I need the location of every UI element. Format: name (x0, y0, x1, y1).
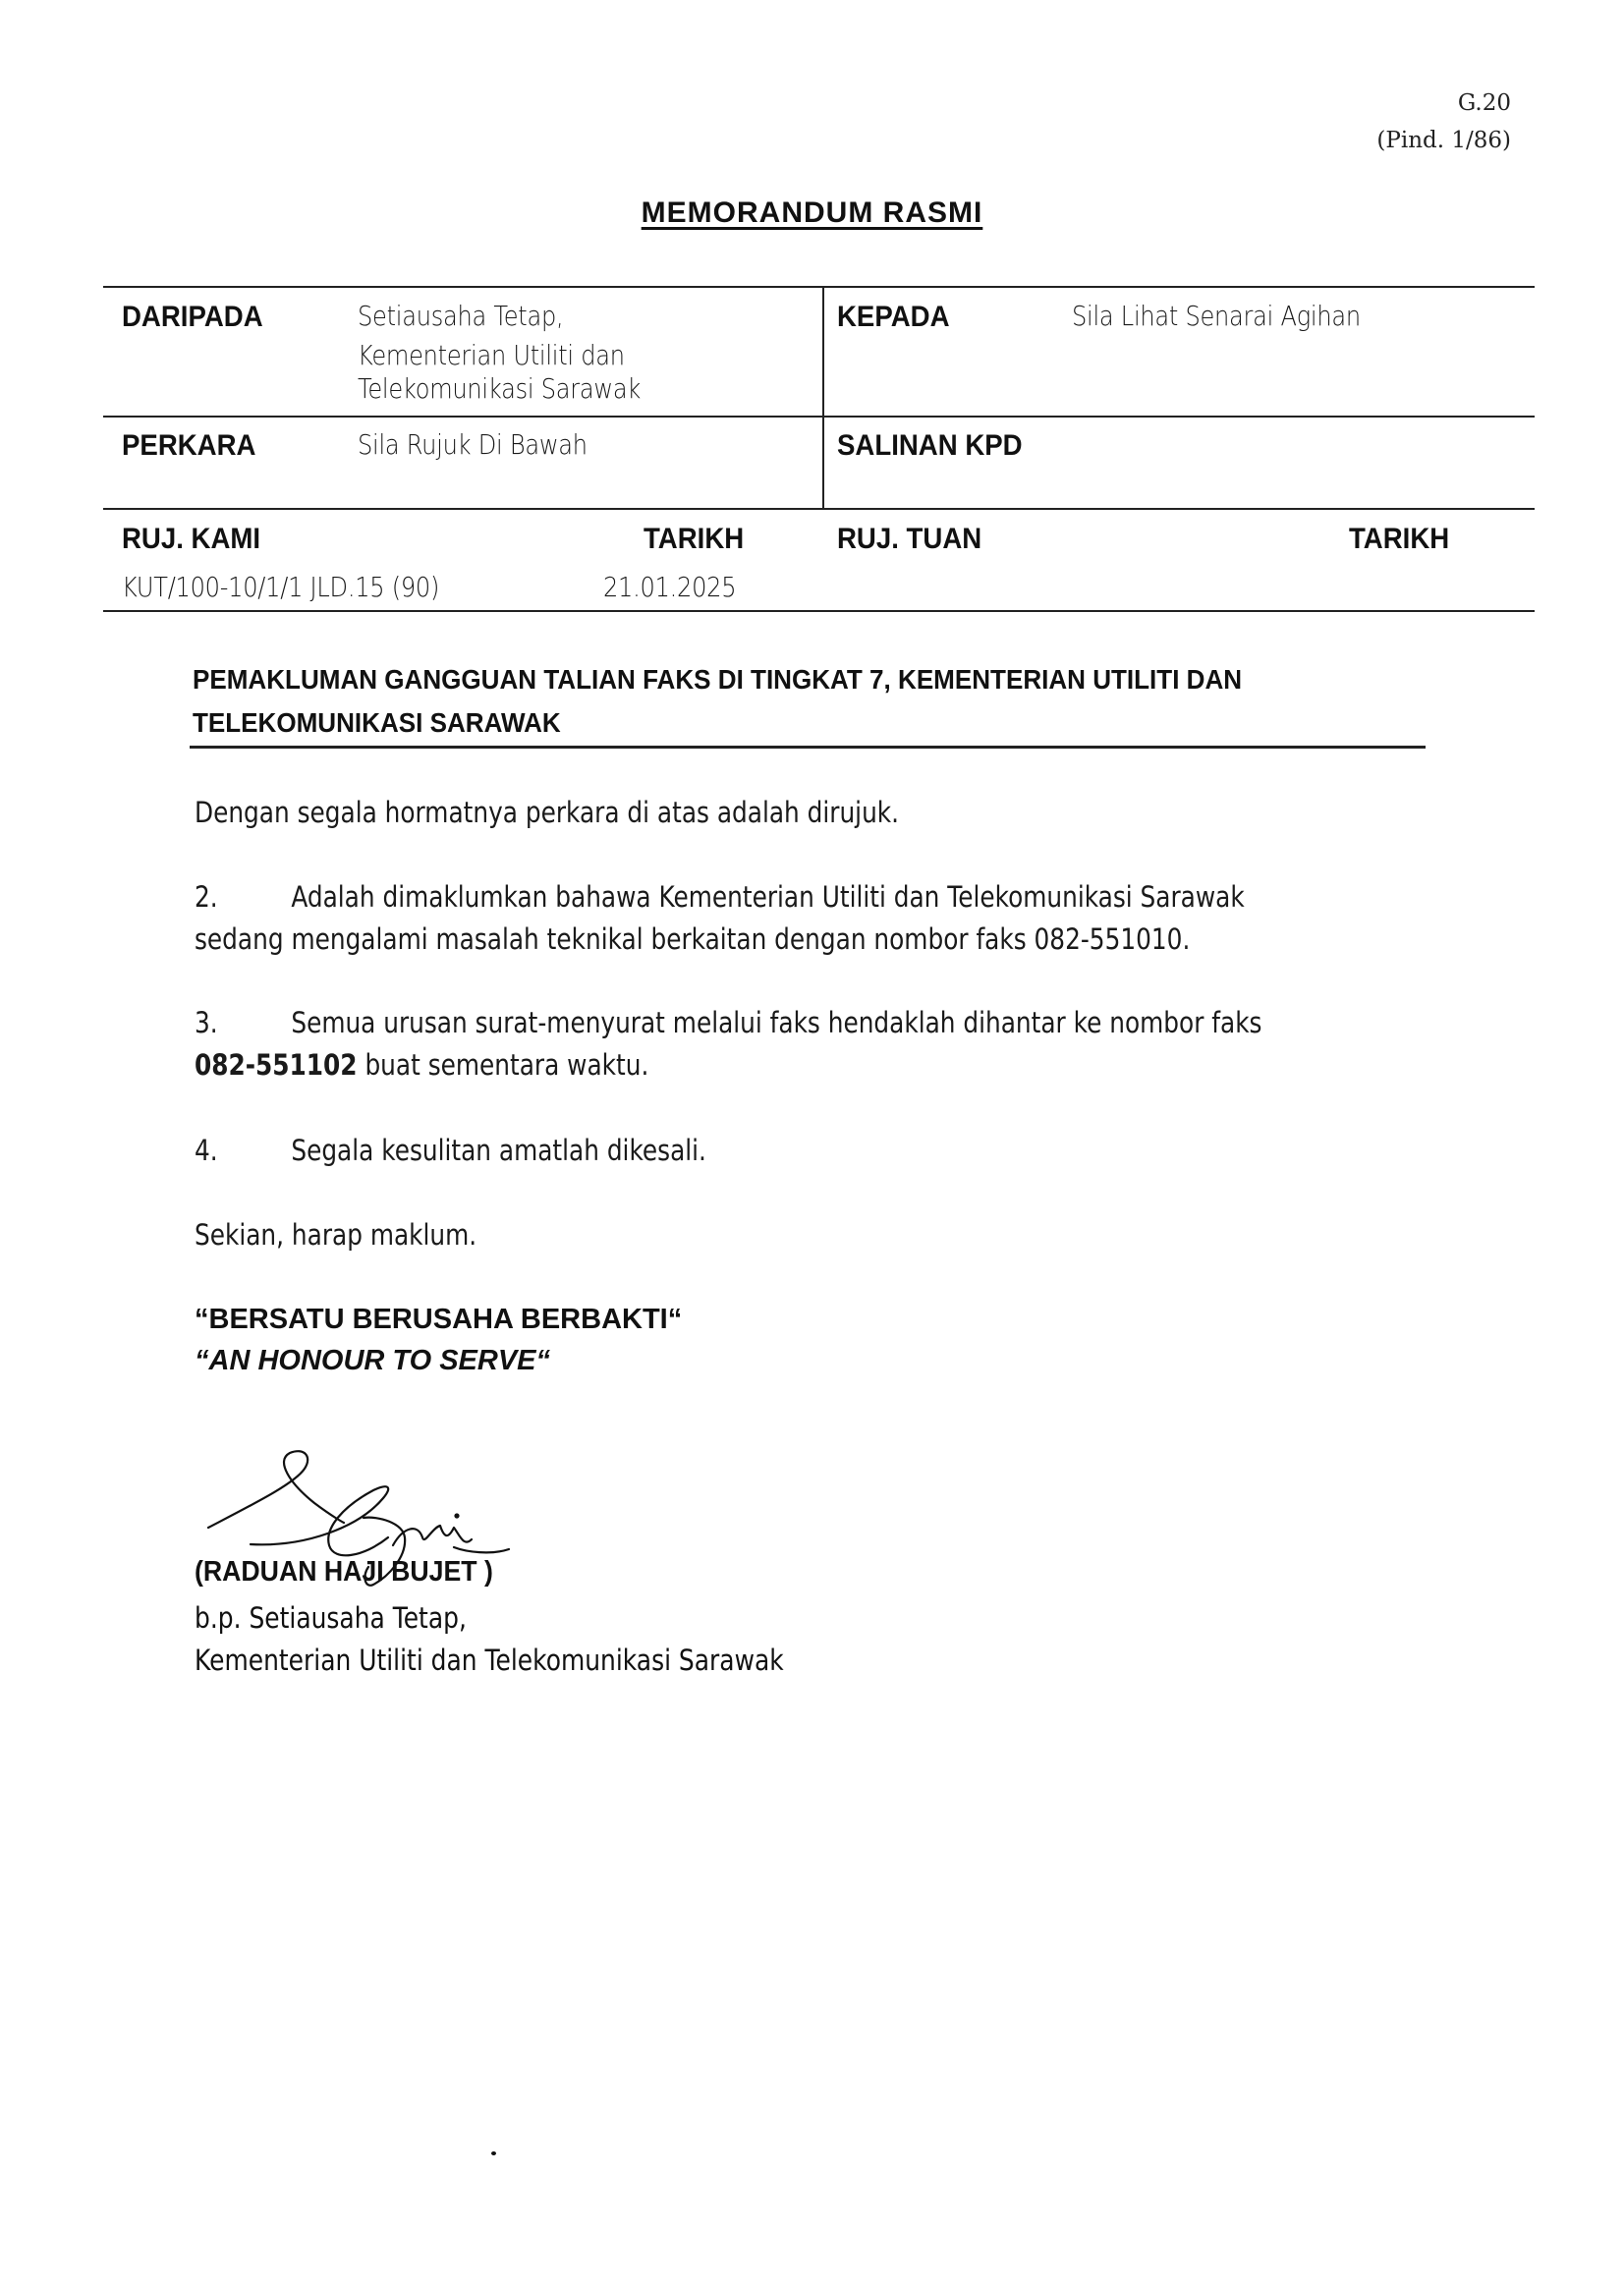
paragraph-number: 3. (195, 1002, 291, 1044)
tarikh-value-ours: 21.01.2025 (603, 568, 736, 607)
ruj-kami-label: RUJ. KAMI (122, 523, 260, 556)
table-top-border (103, 286, 1535, 288)
table-column-divider (822, 287, 824, 509)
signer-position: b.p. Setiausaha Tetap, (195, 1597, 784, 1640)
scan-speck (491, 2151, 496, 2155)
signer-name: (RADUAN HAJI BUJET ) (195, 1556, 493, 1589)
signer-title: b.p. Setiausaha Tetap, Kementerian Utili… (195, 1597, 784, 1682)
paragraph-number: 4. (195, 1130, 291, 1172)
paragraph-3: 3.Semua urusan surat-menyurat melalui fa… (195, 1002, 1295, 1087)
ruj-tuan-label: RUJ. TUAN (837, 523, 981, 556)
paragraph-text: sedang mengalami masalah teknikal berkai… (195, 919, 1295, 961)
daripada-line: Setiausaha Tetap, (358, 297, 641, 336)
subject-heading: PEMAKLUMAN GANGGUAN TALIAN FAKS DI TINGK… (193, 658, 1380, 745)
paragraph-text: Segala kesulitan amatlah dikesali. (291, 1134, 706, 1167)
perkara-value: Sila Rujuk Di Bawah (358, 425, 588, 465)
fax-number-new: 082-551102 (195, 1048, 358, 1082)
table-row-divider (103, 416, 1535, 418)
perkara-label: PERKARA (122, 429, 255, 463)
tarikh-label-ours: TARIKH (644, 523, 744, 556)
ruj-kami-value: KUT/100-10/1/1 JLD.15 (90) (122, 568, 439, 607)
form-code-revision: (Pind. 1/86) (1376, 122, 1511, 159)
motto-english: “AN HONOUR TO SERVE“ (195, 1340, 550, 1381)
paragraph-text: Adalah dimaklumkan bahawa Kementerian Ut… (291, 880, 1244, 914)
paragraph-text: Semua urusan surat-menyurat melalui faks… (291, 1006, 1261, 1039)
tarikh-label-yours: TARIKH (1349, 523, 1449, 556)
daripada-line: Telekomunikasi Sarawak (358, 369, 641, 409)
closing-paragraph: Sekian, harap maklum. (195, 1214, 1295, 1256)
motto-malay: “BERSATU BERUSAHA BERBAKTI“ (195, 1299, 682, 1340)
subject-underline (190, 746, 1426, 749)
paragraph-number: 2. (195, 876, 291, 919)
paragraph-2: 2.Adalah dimaklumkan bahawa Kementerian … (195, 876, 1295, 961)
subject-line: TELEKOMUNIKASI SARAWAK (193, 701, 1380, 745)
memo-title-text: MEMORANDUM RASMI (642, 196, 983, 229)
table-bottom-border (103, 610, 1535, 612)
salinan-label: SALINAN KPD (837, 429, 1023, 463)
paragraph-text: buat sementara waktu. (358, 1048, 649, 1082)
signer-organisation: Kementerian Utiliti dan Telekomunikasi S… (195, 1640, 784, 1682)
daripada-value: Setiausaha Tetap, Kementerian Utiliti da… (358, 297, 641, 409)
form-code-number: G.20 (1376, 84, 1511, 122)
table-row-divider (103, 508, 1535, 510)
form-code: G.20 (Pind. 1/86) (1376, 84, 1511, 159)
opening-paragraph: Dengan segala hormatnya perkara di atas … (195, 792, 1295, 834)
subject-line: PEMAKLUMAN GANGGUAN TALIAN FAKS DI TINGK… (193, 658, 1380, 701)
paragraph-4: 4.Segala kesulitan amatlah dikesali. (195, 1130, 1295, 1172)
memo-title: MEMORANDUM RASMI (0, 196, 1624, 230)
kepada-label: KEPADA (837, 301, 949, 334)
kepada-value: Sila Lihat Senarai Agihan (1072, 297, 1361, 336)
daripada-label: DARIPADA (122, 301, 263, 334)
